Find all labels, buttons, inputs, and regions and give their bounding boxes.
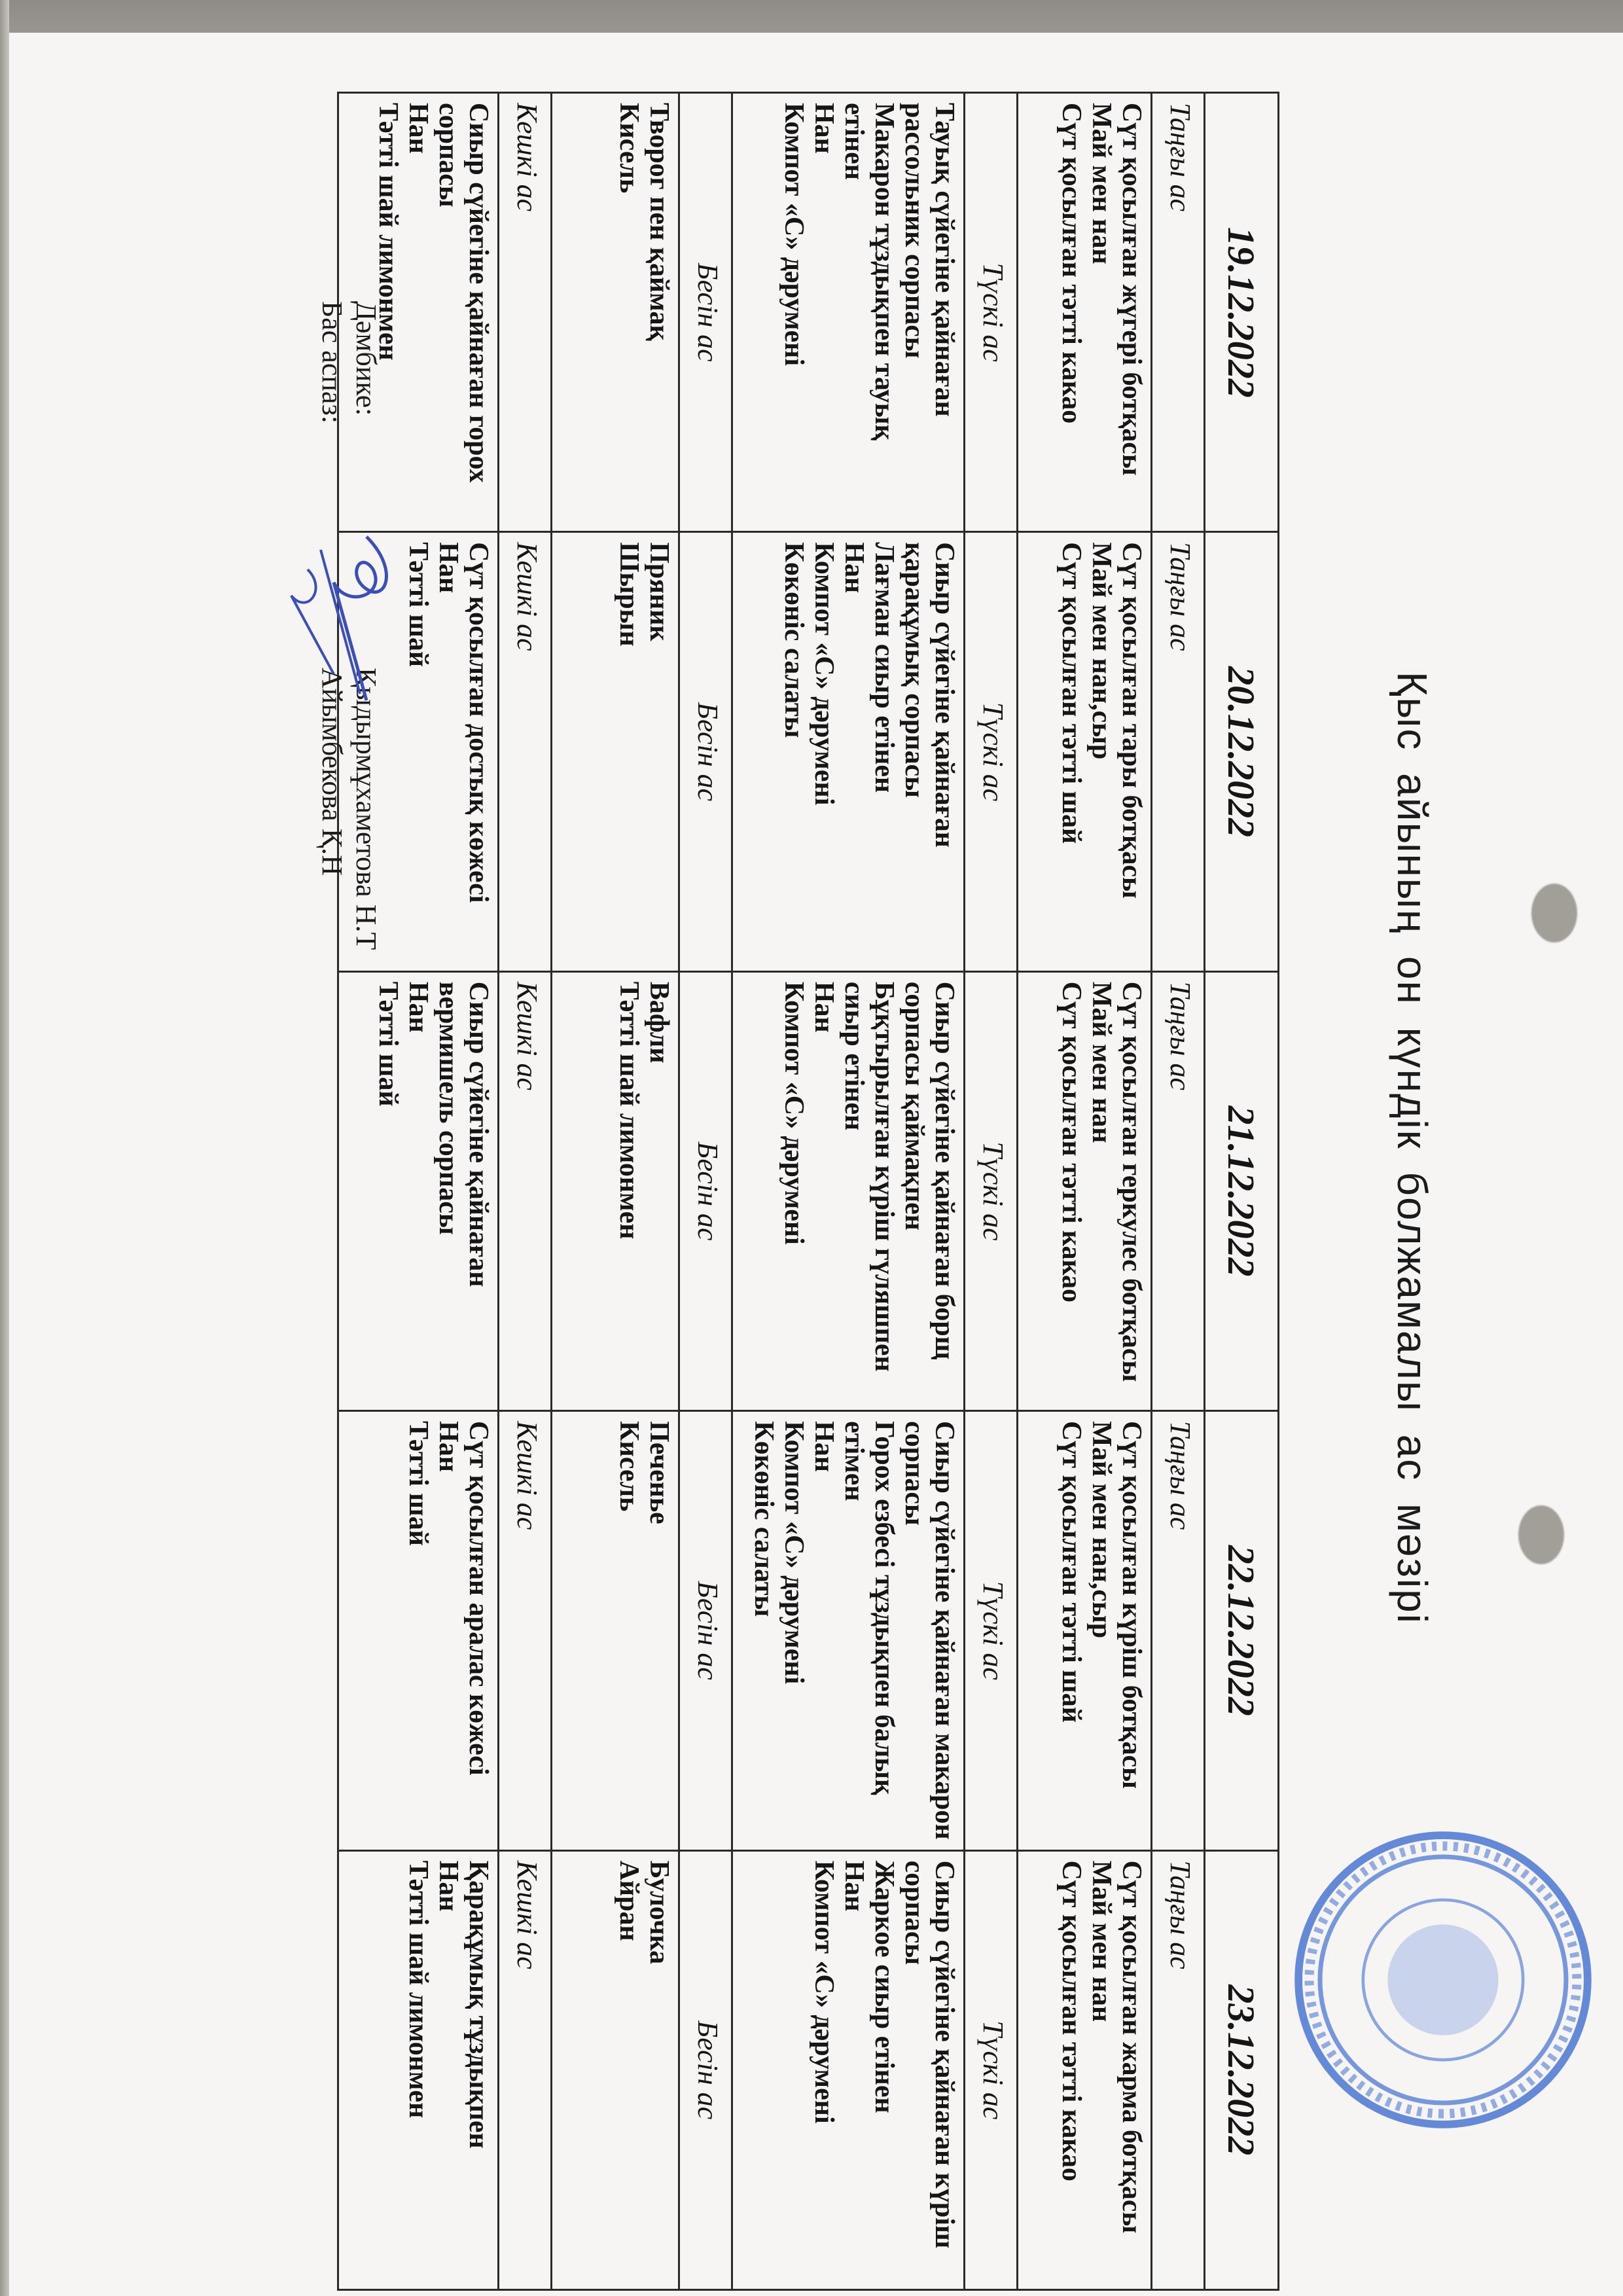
official-stamp-icon [1289, 1826, 1597, 2134]
menu-item: Сиыр сүйегіне қайнаған горох сорпасы [433, 103, 493, 522]
date-header-row: 19.12.2022 20.12.2022 21.12.2022 22.12.2… [1205, 93, 1279, 2290]
menu-item: Нан [403, 103, 433, 522]
day-date: 19.12.2022 [1205, 93, 1279, 532]
menu-item: Сүт қосылған достық көжесі [463, 542, 493, 961]
menu-item: Компот «С» дәрумені [779, 982, 809, 1401]
meal-items-cell: Сүт қосылған күріш ботқасыМай мен нан,сы… [1018, 1411, 1152, 1850]
meal-items-cell: Творог пен қаймақКисель [552, 93, 679, 532]
menu-item: Нан [809, 982, 839, 1401]
menu-item: Сүт қосылған тәтті какао [1056, 1861, 1086, 2280]
menu-item: Сиыр сүйегіне қайнаған күріш сорпасы [899, 1861, 959, 2280]
meal-label: Таңғы ас [1152, 1850, 1205, 2289]
menu-item: Вафли [644, 982, 674, 1401]
meal-label: Таңғы ас [1152, 532, 1205, 971]
menu-item: Горох езбесі тұздықпен балық етімен [839, 1421, 899, 1840]
day-date: 21.12.2022 [1205, 971, 1279, 1410]
menu-item: Компот «С» дәрумені [779, 1421, 809, 1840]
signature-row: Дәмбике: Қыдырмұхаметова Н.Т [349, 301, 383, 1217]
meal-label: Бесін ас [679, 532, 732, 971]
meal-label: Кешкі ас [499, 971, 552, 1410]
menu-item: Компот «С» дәрумені [809, 1861, 839, 2280]
handwritten-signature-icon [275, 511, 406, 720]
menu-item: Нан [433, 542, 463, 961]
menu-item: Кисель [614, 103, 644, 522]
menu-item: Компот «С» дәрумені [809, 542, 839, 961]
menu-item: Компот «С» дәрумені [779, 103, 809, 522]
meal-items-cell: ВафлиТәтті шай лимонмен [552, 971, 679, 1410]
meal-label: Түскі ас [965, 971, 1018, 1410]
menu-item: Лағман сиыр етінен [869, 542, 899, 961]
meal-label: Бесін ас [679, 971, 732, 1410]
meal-items-cell: Сүт қосылған жүгері ботқасыМай мен нанСү… [1018, 93, 1152, 532]
meal-label: Таңғы ас [1152, 1411, 1205, 1850]
meal-label: Түскі ас [965, 93, 1018, 532]
meal-label: Кешкі ас [499, 1411, 552, 1850]
menu-item: Сүт қосылған геркулес ботқасы [1116, 982, 1147, 1401]
menu-item: Тәтті шай лимонмен [614, 982, 644, 1401]
meal-label: Бесін ас [679, 93, 732, 532]
lunch-items-row: Тауық сүйегіне қайнаған рассольник сорпа… [732, 93, 965, 2290]
menu-item: Көкөніс салаты [749, 1421, 779, 1840]
meal-label: Түскі ас [965, 1411, 1018, 1850]
menu-item: Сүт қосылған тәтті шай [1056, 1421, 1086, 1840]
menu-item: Кисель [614, 1421, 644, 1840]
meal-items-cell: Сүт қосылған тары ботқасыМай мен нан,сыр… [1018, 532, 1152, 971]
meal-items-cell: БулочкаАйран [552, 1850, 679, 2289]
meal-label: Түскі ас [965, 1850, 1018, 2289]
menu-item: Тәтті шай [403, 542, 433, 961]
signature-block: Дәмбике: Қыдырмұхаметова Н.Т Бас аспаз: … [315, 301, 383, 1217]
menu-item: Нан [433, 1421, 463, 1840]
menu-item: Сүт қосылған аралас көжесі [463, 1421, 493, 1840]
day-date: 22.12.2022 [1205, 1411, 1279, 1850]
meal-items-cell: ПряникШырын [552, 532, 679, 971]
meal-label: Түскі ас [965, 532, 1018, 971]
menu-item: Сүт қосылған тары ботқасы [1116, 542, 1147, 961]
dinner-label-row: Кешкі асКешкі асКешкі асКешкі асКешкі ас [499, 93, 552, 2290]
menu-item: Нан [403, 982, 433, 1401]
menu-item: Творог пен қаймақ [644, 103, 674, 522]
menu-item: Шырын [614, 542, 644, 961]
menu-item: Сүт қосылған тәтті какао [1056, 103, 1086, 522]
meal-items-cell: Тауық сүйегіне қайнаған рассольник сорпа… [732, 93, 965, 532]
meal-items-cell: Сиыр сүйегіне қайнаған күріш сорпасыЖарк… [732, 1850, 965, 2289]
day-date: 20.12.2022 [1205, 532, 1279, 971]
menu-item: Печенье [644, 1421, 674, 1840]
breakfast-items-row: Сүт қосылған жүгері ботқасыМай мен нанСү… [1018, 93, 1152, 2290]
menu-item: Тауық сүйегіне қайнаған рассольник сорпа… [899, 103, 959, 522]
menu-item: Сиыр сүйегіне қайнаған вермишель сорпасы [433, 982, 493, 1401]
menu-item: Нан [839, 1861, 869, 2280]
meal-label: Бесін ас [679, 1850, 732, 2289]
menu-item: Нан [809, 1421, 839, 1840]
menu-item: Булочка [644, 1861, 674, 2280]
day-date: 23.12.2022 [1205, 1850, 1279, 2289]
menu-item: Сүт қосылған тәтті какао [1056, 982, 1086, 1401]
menu-item: Сиыр сүйегіне қайнаған қарақұмық сорпасы [899, 542, 959, 961]
breakfast-label-row: Таңғы асТаңғы асТаңғы асТаңғы асТаңғы ас [1152, 93, 1205, 2290]
signature-row: Бас аспаз: Айымбекова Қ.Н [315, 301, 349, 1217]
menu-item: Сүт қосылған күріш ботқасы [1116, 1421, 1147, 1840]
menu-item: Сиыр сүйегіне қайнаған макарон сорпасы [899, 1421, 959, 1840]
menu-item: Айран [614, 1861, 644, 2280]
meal-label: Бесін ас [679, 1411, 732, 1850]
meal-items-cell: Қарақұмық тұздықпенНанТәтті шай лимонмен [338, 1850, 499, 2289]
menu-page: Қыс айының он күндік болжамалы ас мәзірі… [0, 0, 1623, 2296]
lunch-label-row: Түскі асТүскі асТүскі асТүскі асТүскі ас [965, 93, 1018, 2290]
meal-label: Кешкі ас [499, 93, 552, 532]
meal-items-cell: Сүт қосылған геркулес ботқасыМай мен нан… [1018, 971, 1152, 1410]
menu-item: Тәтті шай [403, 1421, 433, 1840]
snack-items-row: Творог пен қаймақКисельПряникШырынВафлиТ… [552, 93, 679, 2290]
menu-item: Сиыр сүйегіне қайнаған борщ сорпасы қайм… [899, 982, 959, 1401]
menu-item: Бұқтырылған күріш гүляшпен сиыр етінен [839, 982, 899, 1401]
menu-item: Көкөніс салаты [779, 542, 809, 961]
meal-label: Кешкі ас [499, 532, 552, 971]
meal-items-cell: Сиыр сүйегіне қайнаған қарақұмық сорпасы… [732, 532, 965, 971]
meal-label: Кешкі ас [499, 1850, 552, 2289]
menu-item: Жаркое сиыр етінен [869, 1861, 899, 2280]
meal-items-cell: Сиыр сүйегіне қайнаған борщ сорпасы қайм… [732, 971, 965, 1410]
menu-item: Нан [839, 542, 869, 961]
meal-items-cell: ПеченьеКисель [552, 1411, 679, 1850]
menu-item: Май мен нан [1086, 103, 1116, 522]
menu-item: Макарон тұздықпен тауық етінен [839, 103, 899, 522]
menu-item: Май мен нан,сыр [1086, 542, 1116, 961]
meal-items-cell: Сиыр сүйегіне қайнаған макарон сорпасыГо… [732, 1411, 965, 1850]
menu-item: Сүт қосылған тәтті шай [1056, 542, 1086, 961]
menu-item: Пряник [644, 542, 674, 961]
menu-item: Сүт қосылған жарма ботқасы [1116, 1861, 1147, 2280]
menu-item: Сүт қосылған жүгері ботқасы [1116, 103, 1147, 522]
snack-label-row: Бесін асБесін асБесін асБесін асБесін ас [679, 93, 732, 2290]
menu-item: Май мен нан [1086, 1861, 1116, 2280]
meal-label: Таңғы ас [1152, 93, 1205, 532]
meal-items-cell: Сүт қосылған жарма ботқасыМай мен нанСүт… [1018, 1850, 1152, 2289]
menu-item: Нан [809, 103, 839, 522]
menu-item: Май мен нан [1086, 982, 1116, 1401]
menu-item: Нан [433, 1861, 463, 2280]
meal-label: Таңғы ас [1152, 971, 1205, 1410]
menu-table: 19.12.2022 20.12.2022 21.12.2022 22.12.2… [337, 92, 1279, 2291]
menu-item: Тәтті шай лимонмен [403, 1861, 433, 2280]
meal-items-cell: Сүт қосылған аралас көжесіНанТәтті шай [338, 1411, 499, 1850]
menu-item: Қарақұмық тұздықпен [463, 1861, 493, 2280]
menu-item: Май мен нан,сыр [1086, 1421, 1116, 1840]
